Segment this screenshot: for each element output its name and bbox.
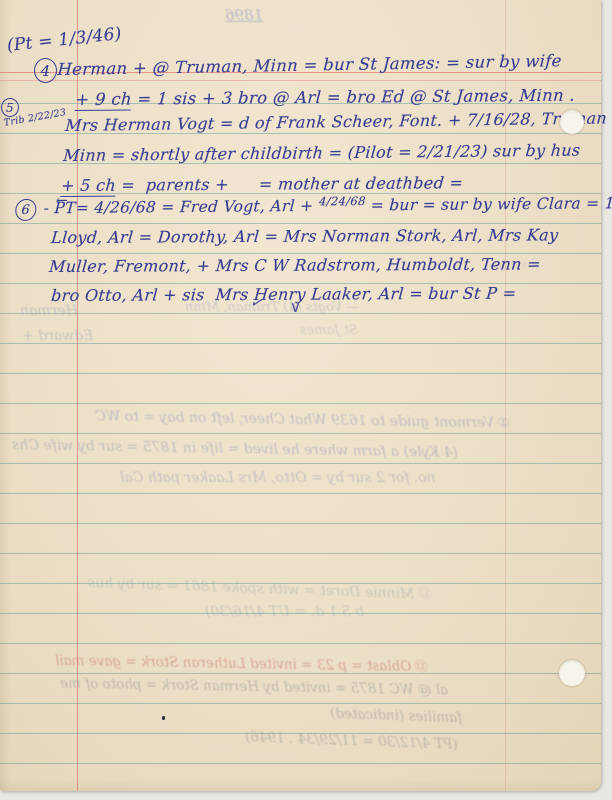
section-5-line-3-mid: = parents + bbox=[115, 175, 229, 195]
death-date-superscript: 4/24/68 bbox=[319, 193, 367, 207]
bleed-herman: Herman bbox=[20, 303, 78, 319]
section-6-line-2: Lloyd, Arl = Dorothy, Arl = Mrs Norman S… bbox=[50, 225, 559, 247]
scanned-notebook-page: { "document": { "top_annotation": "(Pt =… bbox=[0, 0, 612, 800]
section-6-line-1b: = bur = sur by wife Clara = 1 s 4 d = bbox=[365, 194, 612, 215]
section-6-line-3: Muller, Fremont, + Mrs C W Radstrom, Hum… bbox=[48, 254, 541, 276]
section-5-line-3-tail: = mother at deathbed = bbox=[258, 173, 464, 193]
descender-flourish: ∨ bbox=[290, 298, 301, 316]
section-6-line-4: bro Otto, Arl + sis Mrs Henry Laaker, Ar… bbox=[50, 284, 517, 305]
section-4-line-2-rest: = 1 sis + 3 bro @ Arl = bro Ed @ St Jame… bbox=[131, 86, 575, 109]
date-annotation: (Pt = 1/3/46) bbox=[6, 24, 123, 56]
section-5-line-3: + 5 ch = parents += mother at deathbed = bbox=[60, 173, 464, 195]
children-count-underlined: + 9 ch bbox=[75, 90, 133, 112]
section-4-line-1: Herman + @ Truman, Minn = bur St James: … bbox=[57, 51, 562, 79]
bleed-mid-line-3: no. for 2 sur by = Otto, Mrs Laaker path… bbox=[120, 470, 436, 486]
bleed-edward: Edward + bbox=[22, 328, 93, 344]
section-5-number: 5 bbox=[1, 98, 19, 117]
bleed-low-line-2: b 5 1 d. = UT 4/16/30) bbox=[205, 604, 364, 620]
bleed-stjames: St James bbox=[300, 323, 358, 338]
top-red-rule-2 bbox=[0, 80, 601, 81]
bleed-year: 1896 bbox=[225, 6, 263, 24]
section-4-number: 4 bbox=[34, 58, 57, 83]
section-6-line-1a: - PT= 4/26/68 = Fred Vogt, Arl + bbox=[38, 197, 319, 217]
ink-fleck bbox=[162, 716, 165, 720]
section-6-number: 6 bbox=[15, 199, 37, 221]
punch-hole-top bbox=[560, 110, 584, 134]
punch-hole-bottom bbox=[559, 660, 585, 686]
paper-sheet: 1896 Herman Edward + — Vogts (4) Truman,… bbox=[0, 0, 601, 791]
five-children-underlined: + 5 ch bbox=[60, 176, 117, 197]
